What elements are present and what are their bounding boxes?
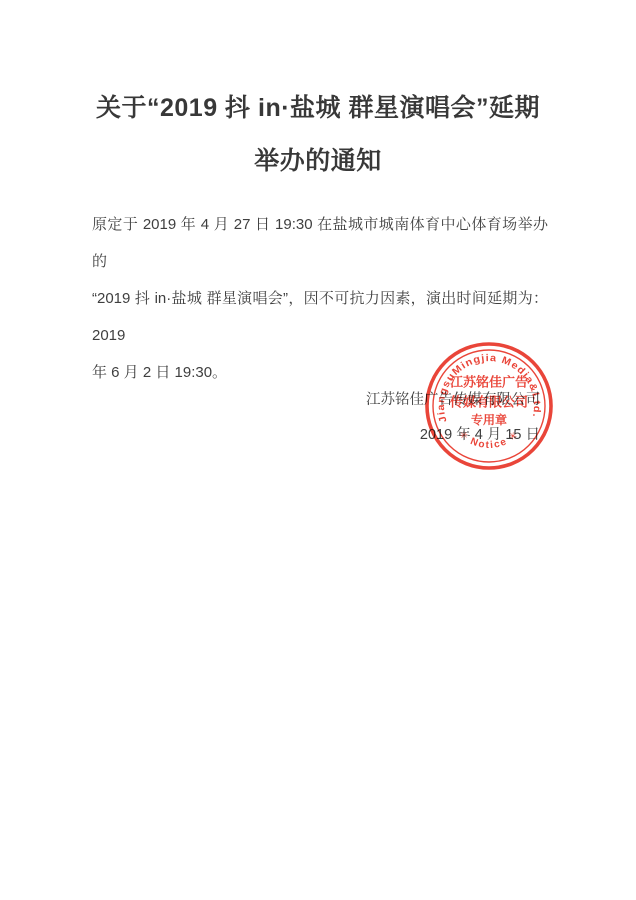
stamp-center-line-3: 专用章 [471, 412, 507, 427]
stamp-center-line-2: 传媒有限公司 [449, 395, 528, 410]
title-line-1: 关于“2019 抖 in·盐城 群星演唱会”延期 [0, 82, 636, 135]
notice-document: 关于“2019 抖 in·盐城 群星演唱会”延期 举办的通知 原定于 2019 … [0, 0, 636, 900]
body-line: 原定于 2019 年 4 月 27 日 19:30 在盐城市城南体育中心体育场举… [92, 206, 548, 280]
title-line-2: 举办的通知 [0, 135, 636, 188]
company-seal-stamp: JiangsuMingjia Media&Ltd. 江苏铭佳广告 传媒有限公司 … [421, 338, 557, 474]
stamp-notice-text: ✳ Notice ✳ [456, 429, 521, 451]
page-title: 关于“2019 抖 in·盐城 群星演唱会”延期 举办的通知 [0, 82, 636, 188]
stamp-center-line-1: 江苏铭佳广告 [449, 375, 528, 390]
